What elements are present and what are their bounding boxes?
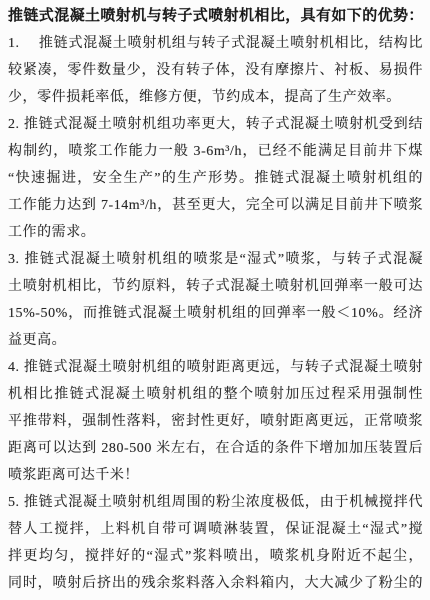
text-line: 5. 推链式混凝土喷射机组周围的粉尘浓度极低，由于机械搅拌代: [8, 489, 423, 516]
text-line: 4. 推链式混凝土喷射机组的喷射距离更远，与转子式混凝土喷射: [8, 354, 423, 381]
paragraph: 5. 推链式混凝土喷射机组周围的粉尘浓度极低，由于机械搅拌代替人工搅拌，上料机自…: [8, 489, 423, 597]
document-page: 推链式混凝土喷射机与转子式喷射机相比，具有如下的优势： 1. 推链式混凝土喷射机…: [0, 0, 430, 600]
paragraph: 2. 推链式混凝土喷射机组功率更大，转子式混凝土喷射机受到结构制约，喷浆工作能力…: [8, 111, 423, 246]
text-line: 构制约，喷浆工作能力一般 3-6m³/h，已经不能满足目前井下煤矿: [8, 138, 423, 165]
text-line: 益更高。: [8, 327, 423, 354]
text-line: 土喷射机相比，节约原料，转子式混凝土喷射机回弹率一般可达: [8, 273, 423, 300]
text-line: 距离可以达到 280-500 米左右，在合适的条件下增加加压装置后: [8, 435, 423, 462]
text-line: “快速掘进，安全生产”的生产形势。推链式混凝土喷射机组的: [8, 165, 423, 192]
paragraph: 3. 推链式混凝土喷射机组的喷浆是“湿式”喷浆，与转子式混凝土喷射机相比，节约原…: [8, 246, 423, 354]
text-line: 机相比推链式混凝土喷射机组的整个喷射加压过程采用强制性: [8, 381, 423, 408]
text-line: 平推带料，强制性落料，密封性更好，喷射距离更远，正常喷浆: [8, 408, 423, 435]
text-line: 工作的需求。: [8, 219, 423, 246]
text-line: 2. 推链式混凝土喷射机组功率更大，转子式混凝土喷射机受到结: [8, 111, 423, 138]
document-title: 推链式混凝土喷射机与转子式喷射机相比，具有如下的优势：: [8, 3, 423, 30]
document-body: 1. 推链式混凝土喷射机组与转子式混凝土喷射机相比，结构比较紧凑，零件数量少，没…: [8, 30, 423, 597]
text-line: 工作能力达到 7-14m³/h，甚至更大，完全可以满足目前井下喷浆: [8, 192, 423, 219]
text-line: 15%-50%，而推链式混凝土喷射机组的回弹率一般＜10%。经济效: [8, 300, 423, 327]
text-line: 喷浆距离可达千米！: [8, 462, 423, 489]
text-line: 替人工搅拌，上料机自带可调喷淋装置，保证混凝土“湿式”搅: [8, 516, 423, 543]
text-line: 较紧凑，零件数量少，没有转子体，没有摩擦片、衬板、易损件: [8, 57, 423, 84]
text-line: 同时，喷射后挤出的残余浆料落入余料箱内，大大减少了粉尘的: [8, 570, 423, 597]
text-line: 拌更均匀，搅拌好的“湿式”浆料喷出，喷浆机身附近不起尘，: [8, 543, 423, 570]
paragraph: 1. 推链式混凝土喷射机组与转子式混凝土喷射机相比，结构比较紧凑，零件数量少，没…: [8, 30, 423, 111]
text-line: 1. 推链式混凝土喷射机组与转子式混凝土喷射机相比，结构比: [8, 30, 423, 57]
text-line: 3. 推链式混凝土喷射机组的喷浆是“湿式”喷浆，与转子式混凝: [8, 246, 423, 273]
text-line: 少，零件损耗率低，维修方便，节约成本，提高了生产效率。: [8, 84, 423, 111]
paragraph: 4. 推链式混凝土喷射机组的喷射距离更远，与转子式混凝土喷射机相比推链式混凝土喷…: [8, 354, 423, 489]
